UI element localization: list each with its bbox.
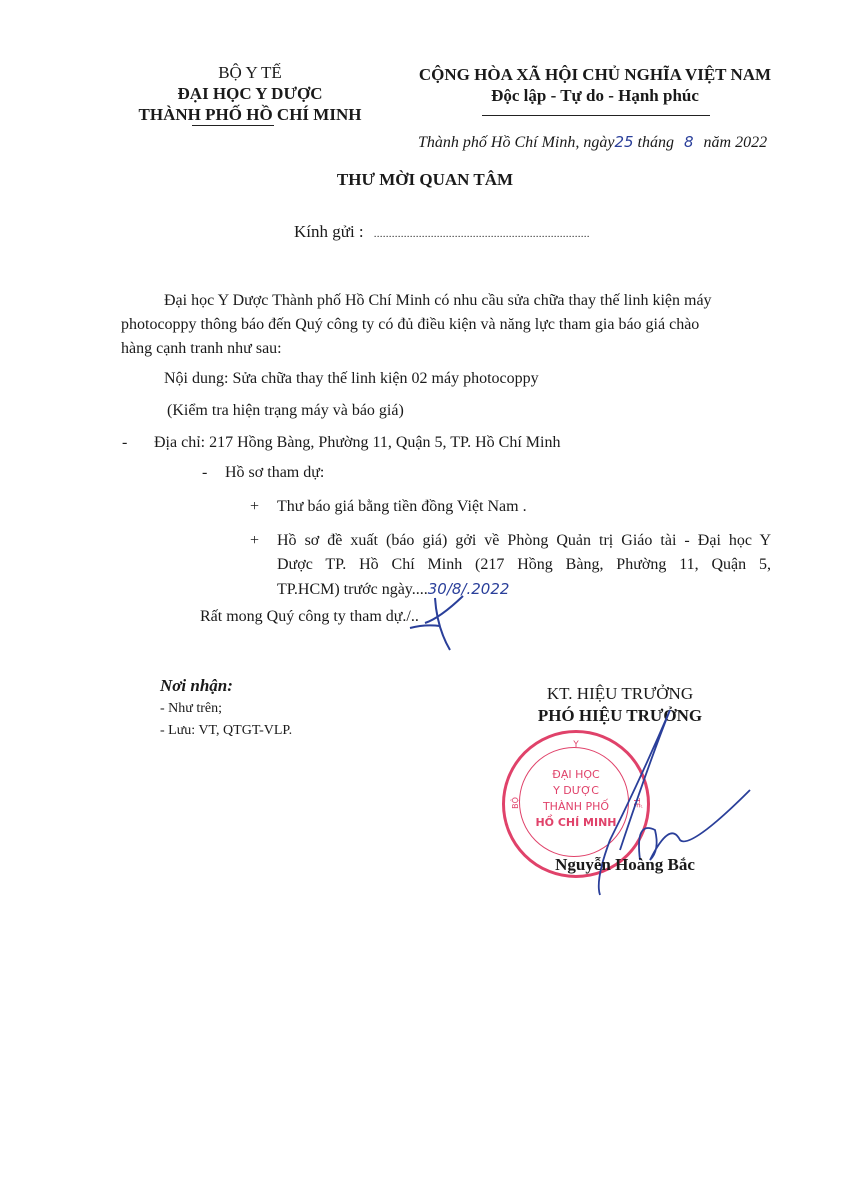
ministry-name: BỘ Y TẾ [100, 62, 400, 83]
address-dash: - [122, 432, 127, 454]
item2-line-1: Hồ sơ đề xuất (báo giá) gởi về Phòng Quả… [277, 530, 771, 552]
date-month-handwritten: 8 [684, 133, 694, 151]
stamp-left: BỘ [508, 732, 524, 874]
recipient-label: Kính gửi : [294, 222, 364, 241]
motto: Độc lập - Tự do - Hạnh phúc [390, 85, 800, 106]
recipient-item: - Như trên; [160, 698, 292, 720]
header-left-underline [192, 125, 274, 126]
header-left: BỘ Y TẾ ĐẠI HỌC Y DƯỢC THÀNH PHỐ HỒ CHÍ … [100, 62, 400, 125]
date-prefix: Thành phố Hồ Chí Minh, ngày [418, 134, 614, 151]
motto-underline [482, 115, 710, 116]
initial-signature-icon [405, 588, 475, 658]
item2-bullet: + [250, 530, 259, 552]
item1-text: Thư báo giá bằng tiền đồng Việt Nam . [277, 496, 527, 518]
content-line: Nội dung: Sửa chữa thay thế linh kiện 02… [164, 368, 539, 390]
city-name: THÀNH PHỐ HỒ CHÍ MINH [100, 104, 400, 125]
university-name: ĐẠI HỌC Y DƯỢC [100, 83, 400, 104]
recipient-blank: ........................................… [374, 229, 590, 240]
dossier-dash: - [202, 462, 207, 484]
date-line: Thành phố Hồ Chí Minh, ngày25 tháng 8 nă… [418, 133, 767, 152]
content-note: (Kiểm tra hiện trạng máy và báo giá) [167, 400, 404, 422]
recipients-list: - Như trên; - Lưu: VT, QTGT-VLP. [160, 698, 292, 742]
recipient-item: - Lưu: VT, QTGT-VLP. [160, 720, 292, 742]
country-name: CỘNG HÒA XÃ HỘI CHỦ NGHĨA VIỆT NAM [390, 64, 800, 85]
date-year: năm 2022 [704, 134, 768, 151]
intro-line-1: Đại học Y Dược Thành phố Hồ Chí Minh có … [164, 290, 712, 312]
header-right: CỘNG HÒA XÃ HỘI CHỦ NGHĨA VIỆT NAM Độc l… [390, 64, 800, 106]
letter-title: THƯ MỜI QUAN TÂM [250, 170, 600, 190]
item1-bullet: + [250, 496, 259, 518]
signer-name: Nguyễn Hoàng Bắc [525, 855, 725, 875]
recipient-line: Kính gửi : .............................… [294, 222, 590, 242]
recipients-title: Nơi nhận: [160, 676, 233, 696]
intro-line-2: photocoppy thông báo đến Quý công ty có … [121, 314, 699, 336]
date-month-label: tháng [638, 134, 674, 151]
closing-line: Rất mong Quý công ty tham dự./.. [200, 606, 419, 628]
address-line: Địa chỉ: 217 Hồng Bàng, Phường 11, Quận … [154, 432, 560, 454]
dossier-label: Hồ sơ tham dự: [225, 462, 324, 484]
intro-line-3: hàng cạnh tranh như sau: [121, 338, 282, 360]
date-day-handwritten: 25 [614, 133, 633, 151]
item2-line-2: Dược TP. Hồ Chí Minh (217 Hồng Bàng, Phư… [277, 554, 771, 576]
